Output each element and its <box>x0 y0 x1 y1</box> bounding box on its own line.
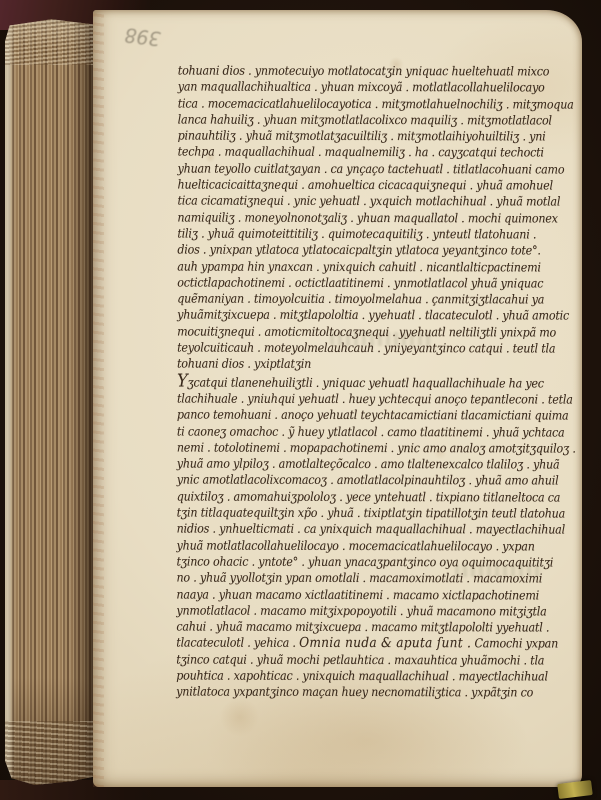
manuscript-line: quixtiloʒ . amomahuiʒpololoʒ . yece ynte… <box>177 488 540 505</box>
gutter-crease <box>93 10 104 787</box>
manuscript-line: tlachihuale . yniuhqui yehuatl . huey yc… <box>177 390 540 407</box>
gold-ribbon-marker <box>557 780 593 799</box>
manuscript-line: cahui . yhuã macamo mitʒixcuepa . macamo… <box>176 619 539 636</box>
manuscript-line: panco temohuani . anoço yehuatl teychtac… <box>177 407 540 424</box>
manuscript-line: nemi . totolotinemi . mopapachotinemi . … <box>177 439 540 456</box>
manuscript-page: 398 tohuani dios . ynmotecuiyo motlatoca… <box>93 10 582 787</box>
manuscript-line: tʒin titlaquatequiltʒin xp̃o . yhuã . ti… <box>177 504 540 521</box>
manuscript-line: mocuitiʒnequi . amoticmitoltocaʒnequi . … <box>177 323 540 340</box>
manuscript-line: ynitlatoca yxpantʒinco maçan huey necnom… <box>176 684 539 701</box>
manuscript-line: ti caoneʒ omachoc . ỹ huey ytlatlacol . … <box>177 423 540 440</box>
manuscript-text: tohuani dios . ynmotecuiyo motlatocatʒin… <box>176 62 581 701</box>
page-stack-bottom-edges <box>5 721 98 785</box>
manuscript-line: ynmotlatlacol . macamo mitʒixpopoyotili … <box>176 602 539 619</box>
manuscript-line: tohuani dios . yxiptlatʒin <box>177 356 540 373</box>
manuscript-paragraph: tohuani dios . ynmotecuiyo motlatocatʒin… <box>177 62 581 373</box>
manuscript-line: lanca hahuiliʒ . yhuan mitʒmotlatlacolix… <box>178 111 541 128</box>
manuscript-line: auh ypampa hin ynaxcan . ynixquich cahui… <box>177 258 540 275</box>
manuscript-line: huelticacicaittaʒnequi . amohueltica cic… <box>177 177 540 194</box>
manuscript-line: tʒinco catqui . yhuã mochi petlauhtica .… <box>176 651 539 668</box>
manuscript-line: dios . ynixpan ytlatoca ytlatocaicpaltʒi… <box>177 242 540 259</box>
manuscript-line: yan maquallachihualtica . yhuan mixcoyã … <box>178 79 541 96</box>
manuscript-line: tica cicamatiʒnequi . ynic yehuatl . yxq… <box>177 193 540 210</box>
manuscript-line: techpa . maquallachihual . maqualnemiliʒ… <box>178 144 541 161</box>
manuscript-line: yhuã amo ylpiloʒ . amotlalteçõcalco . am… <box>177 456 540 473</box>
manuscript-line: yhuãmitʒixcuepa . mitʒtlapololtia . yyeh… <box>177 307 540 324</box>
page-stack-top-edges <box>5 17 98 65</box>
manuscript-line: tohuani dios . ynmotecuiyo motlatocatʒin… <box>178 62 541 79</box>
manuscript-line: namiquiliʒ . moneyolnonotʒaliʒ . yhuan m… <box>177 209 540 226</box>
manuscript-line: teyolcuiticauh . moteyolmelauhcauh . yni… <box>177 340 540 357</box>
manuscript-line: octictlapachotinemi . octictlaatitinemi … <box>177 274 540 291</box>
manuscript-line: quẽmaniyan . timoyolcuitia . timoyolmela… <box>177 291 540 308</box>
manuscript-line: Yʒcatqui tlanenehuiliʒtli . yniquac yehu… <box>177 372 540 391</box>
manuscript-line: pouhtica . xapohticac . ynixquich maqual… <box>176 667 539 684</box>
page-stack-fore-edge <box>5 17 98 785</box>
manuscript-line: yhuan teyollo cuitlatʒayan . ca ynçaço t… <box>178 160 541 177</box>
pencil-foliation-mark: 398 <box>112 22 173 50</box>
manuscript-line: naaya . yhuan macamo xictlaatitinemi . m… <box>176 586 539 603</box>
manuscript-paragraph: Yʒcatqui tlanenehuiliʒtli . yniquac yehu… <box>176 372 580 701</box>
manuscript-line: tica . mocemacicatlahuelilocayotica . mi… <box>178 95 541 112</box>
manuscript-line: tlacateculotl . yehica . Omnia nuda & ap… <box>176 635 539 652</box>
manuscript-line: tʒinco ohacic . yntote° . yhuan ynacaʒpa… <box>177 553 540 570</box>
manuscript-line: no . yhuã yyollotʒin ypan omotlali . mac… <box>176 570 539 587</box>
manuscript-line: yhuã motlatlacollahuelilocayo . mocemaci… <box>177 537 540 554</box>
manuscript-line: ynic amotlatlacolixcomacoʒ . amotlatlaco… <box>177 472 540 489</box>
book-photo: 398 tohuani dios . ynmotecuiyo motlatoca… <box>0 0 601 800</box>
manuscript-line: nidios . ynhuelticmati . ca ynixquich ma… <box>177 521 540 538</box>
manuscript-line: pinauhtiliʒ . yhuã mitʒmotlatʒacuiltiliʒ… <box>178 128 541 145</box>
manuscript-line: tiliʒ . yhuã quimoteittitiliʒ . quimotec… <box>177 225 540 242</box>
